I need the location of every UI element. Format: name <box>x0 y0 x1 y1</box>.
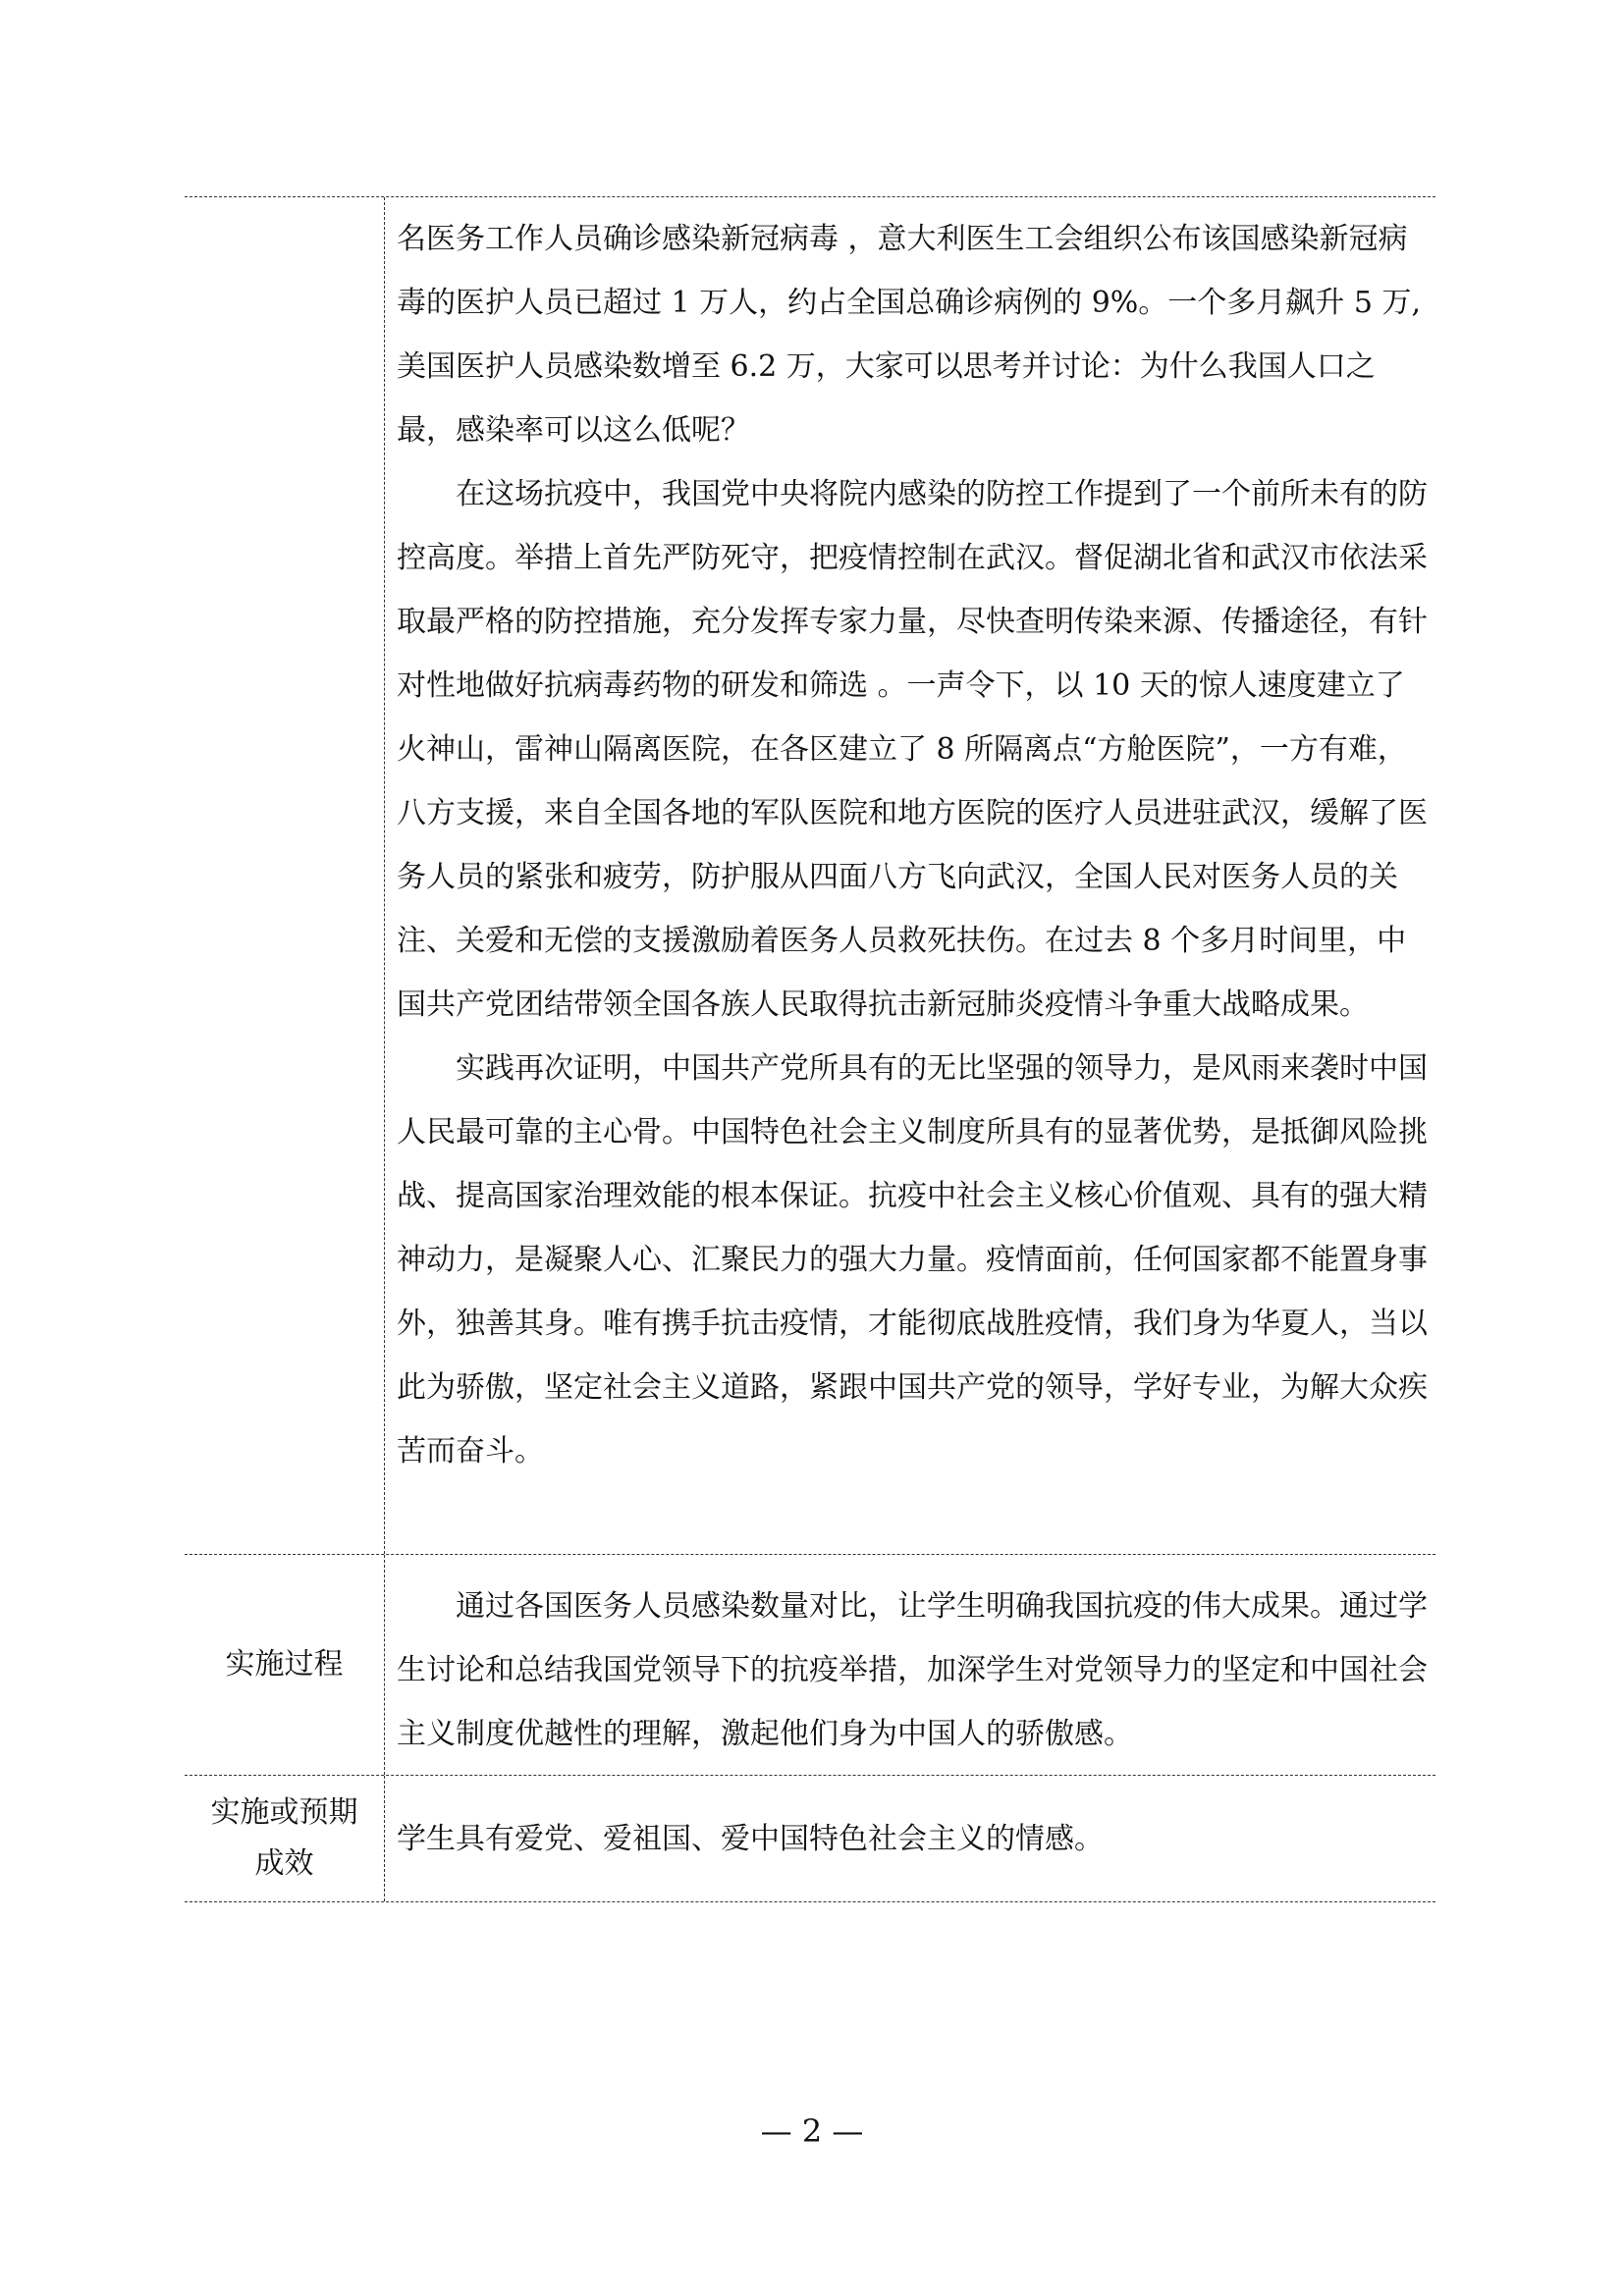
paragraph: 实践再次证明，中国共产党所具有的无比坚强的领导力，是风雨来袭时中国人民最可靠的主… <box>397 1037 1430 1483</box>
paragraph: 名医务工作人员确诊感染新冠病毒 ，意大利医生工会组织公布该国感染新冠病毒的医护人… <box>397 207 1430 462</box>
row-label-line: 实施或预期 <box>211 1788 358 1839</box>
table-row: 实施或预期 成效 学生具有爱党、爱祖国、爱中国特色社会主义的情感。 <box>185 1776 1435 1902</box>
row-content: 通过各国医务人员感染数量对比，让学生明确我国抗疫的伟大成果。通过学生讨论和总结我… <box>385 1555 1435 1775</box>
table-row: 实施过程 通过各国医务人员感染数量对比，让学生明确我国抗疫的伟大成果。通过学生讨… <box>185 1555 1435 1776</box>
paragraph: 在这场抗疫中，我国党中央将院内感染的防控工作提到了一个前所未有的防控高度。举措上… <box>397 462 1430 1037</box>
row-label <box>185 197 385 1554</box>
row-content: 名医务工作人员确诊感染新冠病毒 ，意大利医生工会组织公布该国感染新冠病毒的医护人… <box>385 197 1435 1554</box>
page-number: — 2 — <box>0 2112 1624 2150</box>
row-content: 学生具有爱党、爱祖国、爱中国特色社会主义的情感。 <box>385 1776 1435 1901</box>
row-label: 实施或预期 成效 <box>185 1776 385 1901</box>
paragraph: 通过各国医务人员感染数量对比，让学生明确我国抗疫的伟大成果。通过学生讨论和总结我… <box>397 1575 1430 1766</box>
paragraph: 学生具有爱党、爱祖国、爱中国特色社会主义的情感。 <box>397 1807 1104 1871</box>
content-table: 名医务工作人员确诊感染新冠病毒 ，意大利医生工会组织公布该国感染新冠病毒的医护人… <box>185 196 1435 1902</box>
row-label-line: 成效 <box>255 1839 314 1890</box>
row-label: 实施过程 <box>185 1555 385 1775</box>
table-row: 名医务工作人员确诊感染新冠病毒 ，意大利医生工会组织公布该国感染新冠病毒的医护人… <box>185 196 1435 1555</box>
